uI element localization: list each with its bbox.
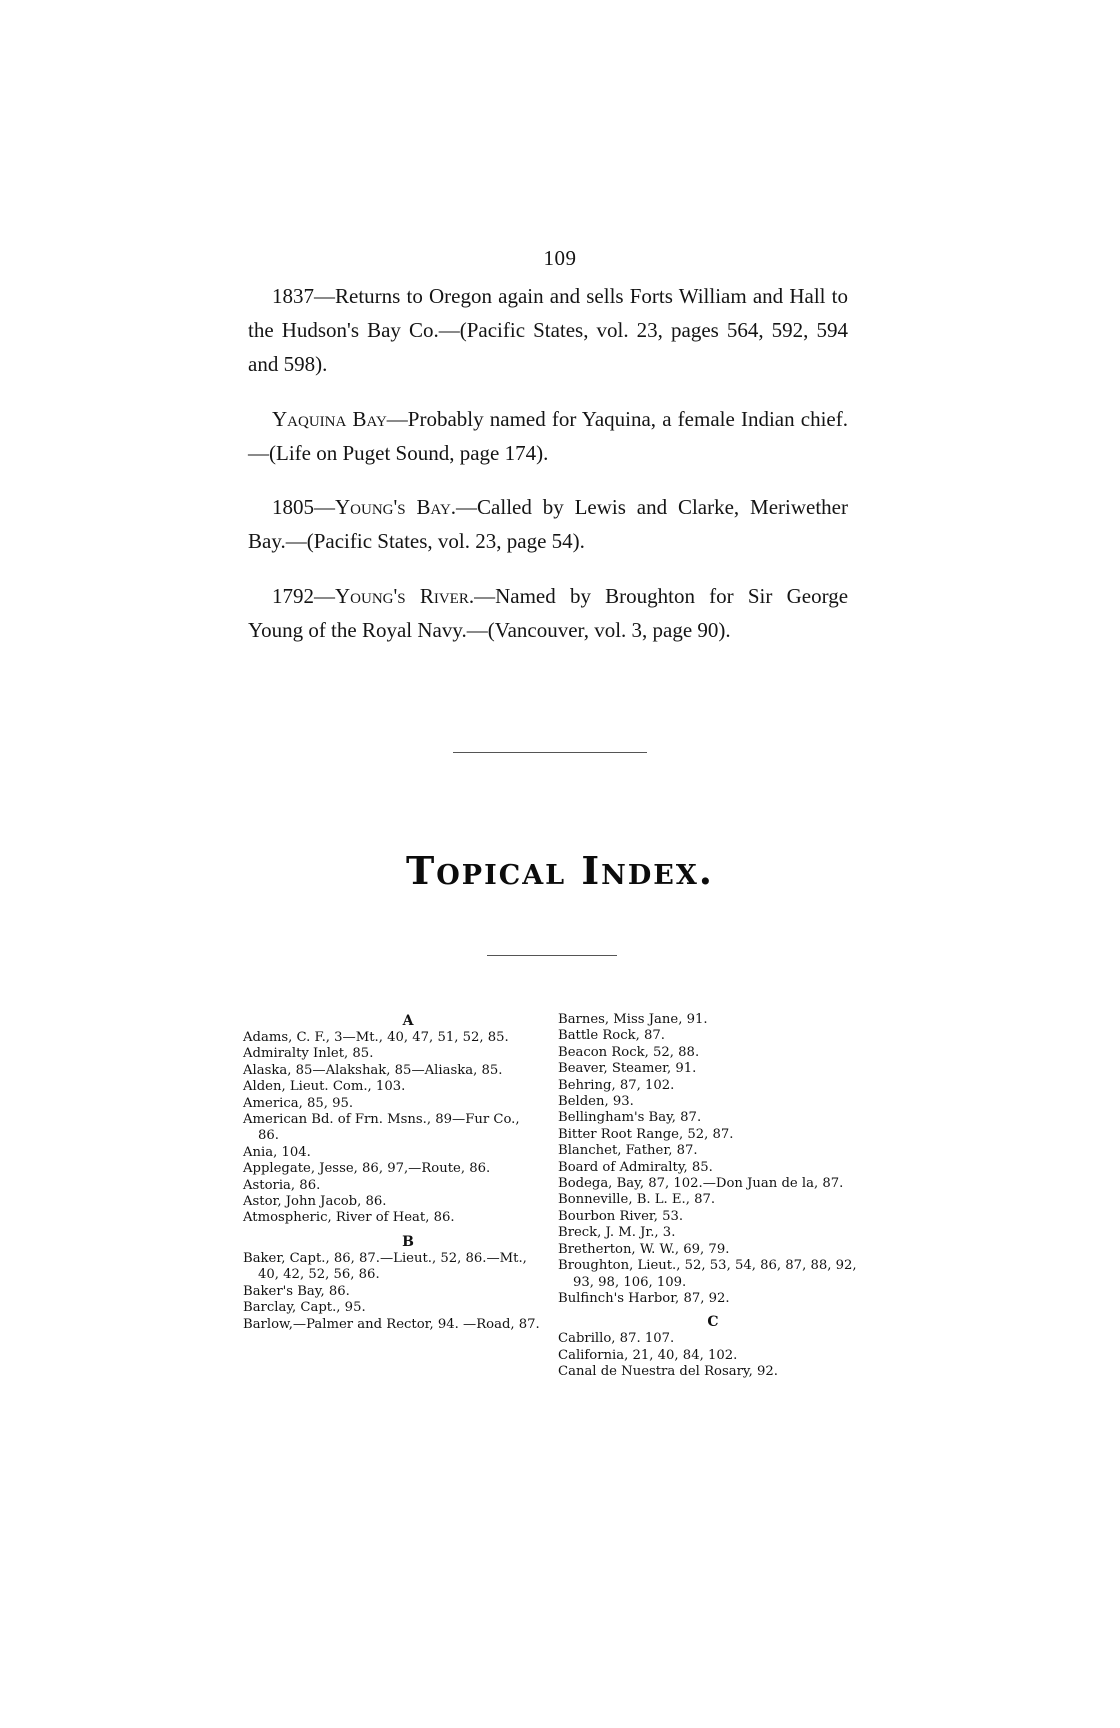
index-entry: Bretherton, W. W., 69, 79. [558,1242,868,1258]
index-title: Topical Index. [0,848,1120,893]
paragraph-lead: 1805— [272,495,335,519]
index-entry: Bourbon River, 53. [558,1209,868,1225]
index-entry: Bellingham's Bay, 87. [558,1110,868,1126]
paragraph-lead: 1837—Returns to Oregon again and sells F… [248,284,848,376]
index-entry: Alden, Lieut. Com., 103. [243,1079,543,1095]
index-entry: Cabrillo, 87. 107. [558,1331,868,1347]
paragraph-youngs-bay: 1805—Young's Bay.—Called by Lewis and Cl… [248,490,848,558]
index-entry: Applegate, Jesse, 86, 97,—Route, 86. [243,1161,543,1177]
index-entry: Board of Admiralty, 85. [558,1160,868,1176]
index-entry: Ania, 104. [243,1145,543,1161]
index-entry: Battle Rock, 87. [558,1028,868,1044]
section-divider [453,752,647,753]
paragraph-youngs-river: 1792—Young's River.—Named by Broughton f… [248,579,848,647]
index-entry: Atmospheric, River of Heat, 86. [243,1210,543,1226]
index-left-column: A Adams, C. F., 3—Mt., 40, 47, 51, 52, 8… [243,1012,543,1333]
index-entry: Canal de Nuestra del Rosary, 92. [558,1364,868,1380]
index-entry: Bonneville, B. L. E., 87. [558,1192,868,1208]
index-entry: Barclay, Capt., 95. [243,1300,543,1316]
entry-heading: Yaquina Bay [272,407,387,431]
index-entry: Behring, 87, 102. [558,1078,868,1094]
index-entry: Bodega, Bay, 87, 102.—Don Juan de la, 87… [558,1176,868,1192]
index-entry: Admiralty Inlet, 85. [243,1046,543,1062]
index-entry: Baker's Bay, 86. [243,1284,543,1300]
index-entry: Beaver, Steamer, 91. [558,1061,868,1077]
index-letter-heading: B [243,1233,543,1251]
page-number: 109 [0,246,1120,271]
index-entry: Beacon Rock, 52, 88. [558,1045,868,1061]
index-right-column: Barnes, Miss Jane, 91. Battle Rock, 87. … [558,1012,868,1381]
paragraph-1837-oregon: 1837—Returns to Oregon again and sells F… [248,279,848,381]
index-entry: Belden, 93. [558,1094,868,1110]
index-entry: Barnes, Miss Jane, 91. [558,1012,868,1028]
paragraph-text: 1837—Returns to Oregon again and sells F… [248,279,848,381]
index-entry: American Bd. of Frn. Msns., 89—Fur Co., … [243,1112,543,1145]
index-entry: Barlow,—Palmer and Rector, 94. —Road, 87… [243,1317,543,1333]
index-entry: Astoria, 86. [243,1178,543,1194]
index-entry: Broughton, Lieut., 52, 53, 54, 86, 87, 8… [558,1258,868,1291]
index-entry: America, 85, 95. [243,1096,543,1112]
paragraph-text: 1805—Young's Bay.—Called by Lewis and Cl… [248,490,848,558]
index-entry: Adams, C. F., 3—Mt., 40, 47, 51, 52, 85. [243,1030,543,1046]
index-letter-heading: C [558,1313,868,1331]
paragraph-text: 1792—Young's River.—Named by Broughton f… [248,579,848,647]
index-entry: Astor, John Jacob, 86. [243,1194,543,1210]
index-entry: Breck, J. M. Jr., 3. [558,1225,868,1241]
index-letter-heading: A [243,1012,543,1030]
index-entry: Alaska, 85—Alakshak, 85—Aliaska, 85. [243,1063,543,1079]
index-entry: Bitter Root Range, 52, 87. [558,1127,868,1143]
paragraph-yaquina-bay: Yaquina Bay—Probably named for Yaquina, … [248,402,848,470]
index-entry: Blanchet, Father, 87. [558,1143,868,1159]
paragraph-text: Yaquina Bay—Probably named for Yaquina, … [248,402,848,470]
entry-heading: Young's River. [335,584,474,608]
entry-heading: Young's Bay. [335,495,456,519]
index-entry: Bulfinch's Harbor, 87, 92. [558,1291,868,1307]
paragraph-lead: 1792— [272,584,335,608]
index-entry: Baker, Capt., 86, 87.—Lieut., 52, 86.—Mt… [243,1251,543,1284]
index-entry: California, 21, 40, 84, 102. [558,1348,868,1364]
title-divider [487,955,617,956]
